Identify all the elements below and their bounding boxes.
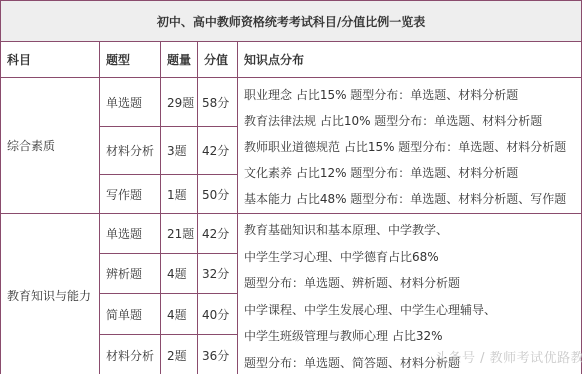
score-cell: 32分 [198, 254, 238, 294]
header-row: 科目 题型 题量 分值 知识点分布 [1, 42, 582, 78]
question-type-cell: 写作题 [100, 175, 161, 214]
score-cell: 50分 [198, 175, 238, 214]
question-type-cell: 材料分析 [100, 127, 161, 175]
knowledge-line: 教育法律法规 占比10% 题型分布：单选题、材料分析题 [244, 108, 581, 134]
knowledge-line: 中学生学习心理、中学德育占比68% [244, 244, 581, 271]
knowledge-line: 职业理念 占比15% 题型分布：单选题、材料分析题 [244, 82, 581, 108]
question-count-cell: 2题 [161, 334, 198, 374]
question-type-cell: 辨析题 [100, 254, 161, 294]
question-count-cell: 29题 [161, 78, 198, 127]
knowledge-cell: 职业理念 占比15% 题型分布：单选题、材料分析题 教育法律法规 占比10% 题… [238, 78, 582, 214]
table-row: 教育知识与能力 单选题 21题 42分 教育基础知识和基本原理、中学教学、 中学… [1, 214, 582, 254]
score-cell: 42分 [198, 127, 238, 175]
header-knowledge: 知识点分布 [238, 42, 582, 78]
subject-cell: 教育知识与能力 [1, 214, 100, 374]
header-subject: 科目 [1, 42, 100, 78]
question-type-cell: 单选题 [100, 78, 161, 127]
header-question-count: 题量 [161, 42, 198, 78]
table-row: 综合素质 单选题 29题 58分 职业理念 占比15% 题型分布：单选题、材料分… [1, 78, 582, 127]
knowledge-line: 中学课程、中学生发展心理、中学生心理辅导、 [244, 297, 581, 324]
question-count-cell: 4题 [161, 254, 198, 294]
table-title: 初中、高中教师资格统考考试科目/分值比例一览表 [1, 1, 582, 42]
title-row: 初中、高中教师资格统考考试科目/分值比例一览表 [1, 1, 582, 42]
knowledge-line: 题型分布：单选题、辨析题、材料分析题 [244, 270, 581, 297]
header-question-type: 题型 [100, 42, 161, 78]
knowledge-line: 教育基础知识和基本原理、中学教学、 [244, 217, 581, 244]
knowledge-line: 教师职业道德规范 占比15% 题型分布：单选题、材料分析题 [244, 134, 581, 160]
question-count-cell: 1题 [161, 175, 198, 214]
question-type-cell: 简单题 [100, 294, 161, 334]
question-type-cell: 单选题 [100, 214, 161, 254]
score-cell: 58分 [198, 78, 238, 127]
score-cell: 42分 [198, 214, 238, 254]
exam-subject-table: 初中、高中教师资格统考考试科目/分值比例一览表 科目 题型 题量 分值 知识点分… [0, 0, 582, 374]
question-type-cell: 材料分析 [100, 334, 161, 374]
header-score: 分值 [198, 42, 238, 78]
question-count-cell: 3题 [161, 127, 198, 175]
knowledge-line: 文化素养 占比12% 题型分布：单选题、材料分析题 [244, 160, 581, 186]
subject-cell: 综合素质 [1, 78, 100, 214]
knowledge-line: 基本能力 占比48% 题型分布：单选题、材料分析题、写作题 [244, 186, 581, 212]
score-cell: 36分 [198, 334, 238, 374]
question-count-cell: 4题 [161, 294, 198, 334]
knowledge-line: 中学生班级管理与教师心理 占比32% [244, 323, 581, 350]
score-cell: 40分 [198, 294, 238, 334]
question-count-cell: 21题 [161, 214, 198, 254]
watermark: 头条号 / 教师考试优路教育 [435, 347, 582, 366]
